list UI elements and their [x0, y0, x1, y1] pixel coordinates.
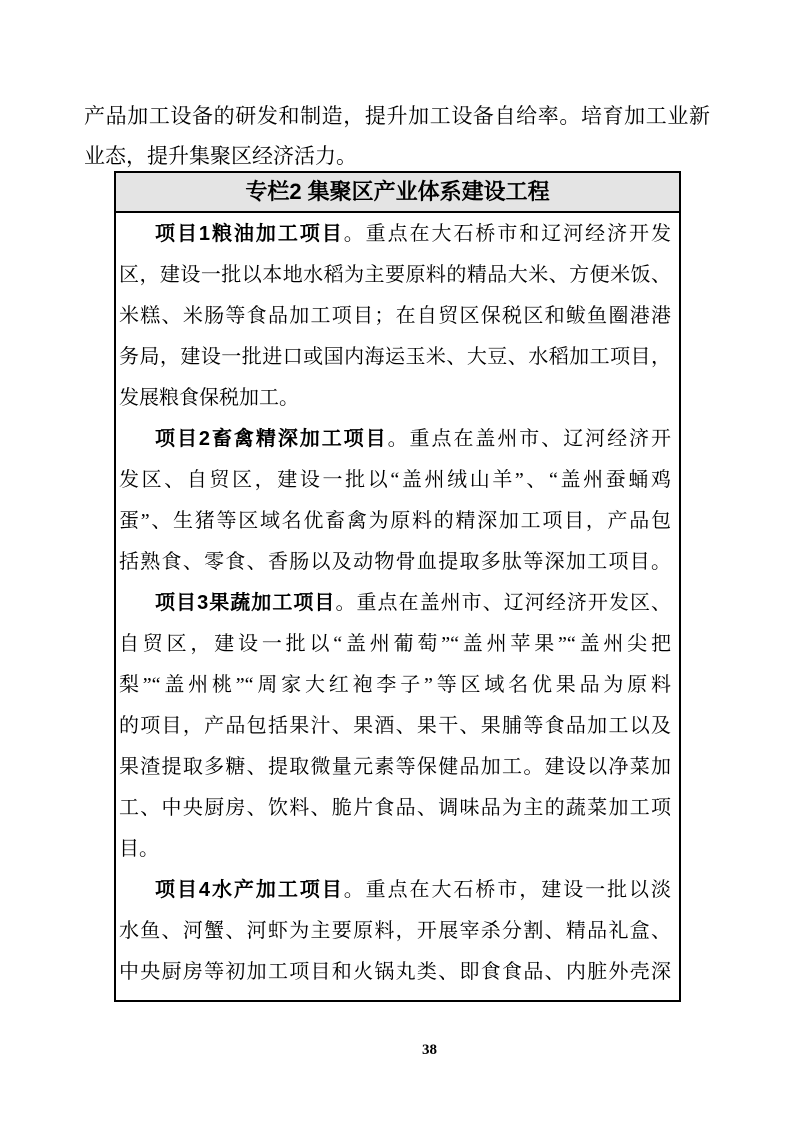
project-4-line: 水鱼、河蟹、河虾为主要原料，开展宰杀分割、精品礼盒、 — [119, 911, 671, 952]
project-1-line: 项目1粮油加工项目。重点在大石桥市和辽河经济开发 — [119, 214, 671, 255]
intro-line: 产品加工设备的研发和制造，提升加工设备自给率。培育加工业新 — [84, 96, 710, 136]
panel-body: 项目1粮油加工项目。重点在大石桥市和辽河经济开发 区，建设一批以本地水稻为主要原… — [116, 213, 679, 1000]
project-3-line: 项目3果蔬加工项目。重点在盖州市、辽河经济开发区、 — [119, 583, 671, 624]
project-3-line: 的项目，产品包括果汁、果酒、果干、果脯等食品加工以及 — [119, 706, 671, 747]
project-1-text: 。重点在大石桥市和辽河经济开发 — [344, 223, 671, 245]
project-3-line: 工、中央厨房、饮料、脆片食品、调味品为主的蔬菜加工项 — [119, 788, 671, 829]
project-1-line: 务局，建设一批进口或国内海运玉米、大豆、水稻加工项目， — [119, 337, 671, 378]
intro-line: 业态，提升集聚区经济活力。 — [84, 136, 710, 176]
project-2-line: 括熟食、零食、香肠以及动物骨血提取多肽等深加工项目。 — [119, 542, 671, 583]
panel-box: 专栏2 集聚区产业体系建设工程 项目1粮油加工项目。重点在大石桥市和辽河经济开发… — [114, 171, 681, 1002]
intro-paragraph: 产品加工设备的研发和制造，提升加工设备自给率。培育加工业新 业态，提升集聚区经济… — [84, 96, 710, 176]
project-3-text: 。重点在盖州市、辽河经济开发区、 — [335, 592, 671, 614]
project-3-heading: 项目3果蔬加工项目 — [155, 592, 335, 614]
project-1-heading: 项目1粮油加工项目 — [155, 223, 344, 245]
project-4-text: 。重点在大石桥市，建设一批以淡 — [344, 879, 671, 901]
project-3-line: 果渣提取多糖、提取微量元素等保健品加工。建设以净菜加 — [119, 747, 671, 788]
project-1-line: 米糕、米肠等食品加工项目；在自贸区保税区和鲅鱼圈港港 — [119, 296, 671, 337]
project-2-line: 项目2畜禽精深加工项目。重点在盖州市、辽河经济开 — [119, 419, 671, 460]
project-3-line: 梨”“盖州桃”“周家大红袍李子”等区域名优果品为原料 — [119, 665, 671, 706]
project-3-line: 目。 — [119, 829, 671, 870]
project-2-text: 。重点在盖州市、辽河经济开 — [388, 428, 671, 450]
project-4-line: 中央厨房等初加工项目和火锅丸类、即食食品、内脏外壳深 — [119, 952, 671, 993]
panel-title: 专栏2 集聚区产业体系建设工程 — [116, 173, 679, 213]
project-4-line: 项目4水产加工项目。重点在大石桥市，建设一批以淡 — [119, 870, 671, 911]
project-4-heading: 项目4水产加工项目 — [155, 879, 344, 901]
project-2-line: 发区、自贸区，建设一批以“盖州绒山羊”、“盖州蚕蛹鸡 — [119, 460, 671, 501]
page-number: 38 — [33, 1040, 793, 1060]
project-2-line: 蛋”、生猪等区域名优畜禽为原料的精深加工项目，产品包 — [119, 501, 671, 542]
document-page: 产品加工设备的研发和制造，提升加工设备自给率。培育加工业新 业态，提升集聚区经济… — [0, 0, 793, 1122]
project-2-heading: 项目2畜禽精深加工项目 — [155, 428, 388, 450]
project-1-line: 发展粮食保税加工。 — [119, 378, 671, 419]
project-1-line: 区，建设一批以本地水稻为主要原料的精品大米、方便米饭、 — [119, 255, 671, 296]
project-3-line: 自贸区，建设一批以“盖州葡萄”“盖州苹果”“盖州尖把 — [119, 624, 671, 665]
